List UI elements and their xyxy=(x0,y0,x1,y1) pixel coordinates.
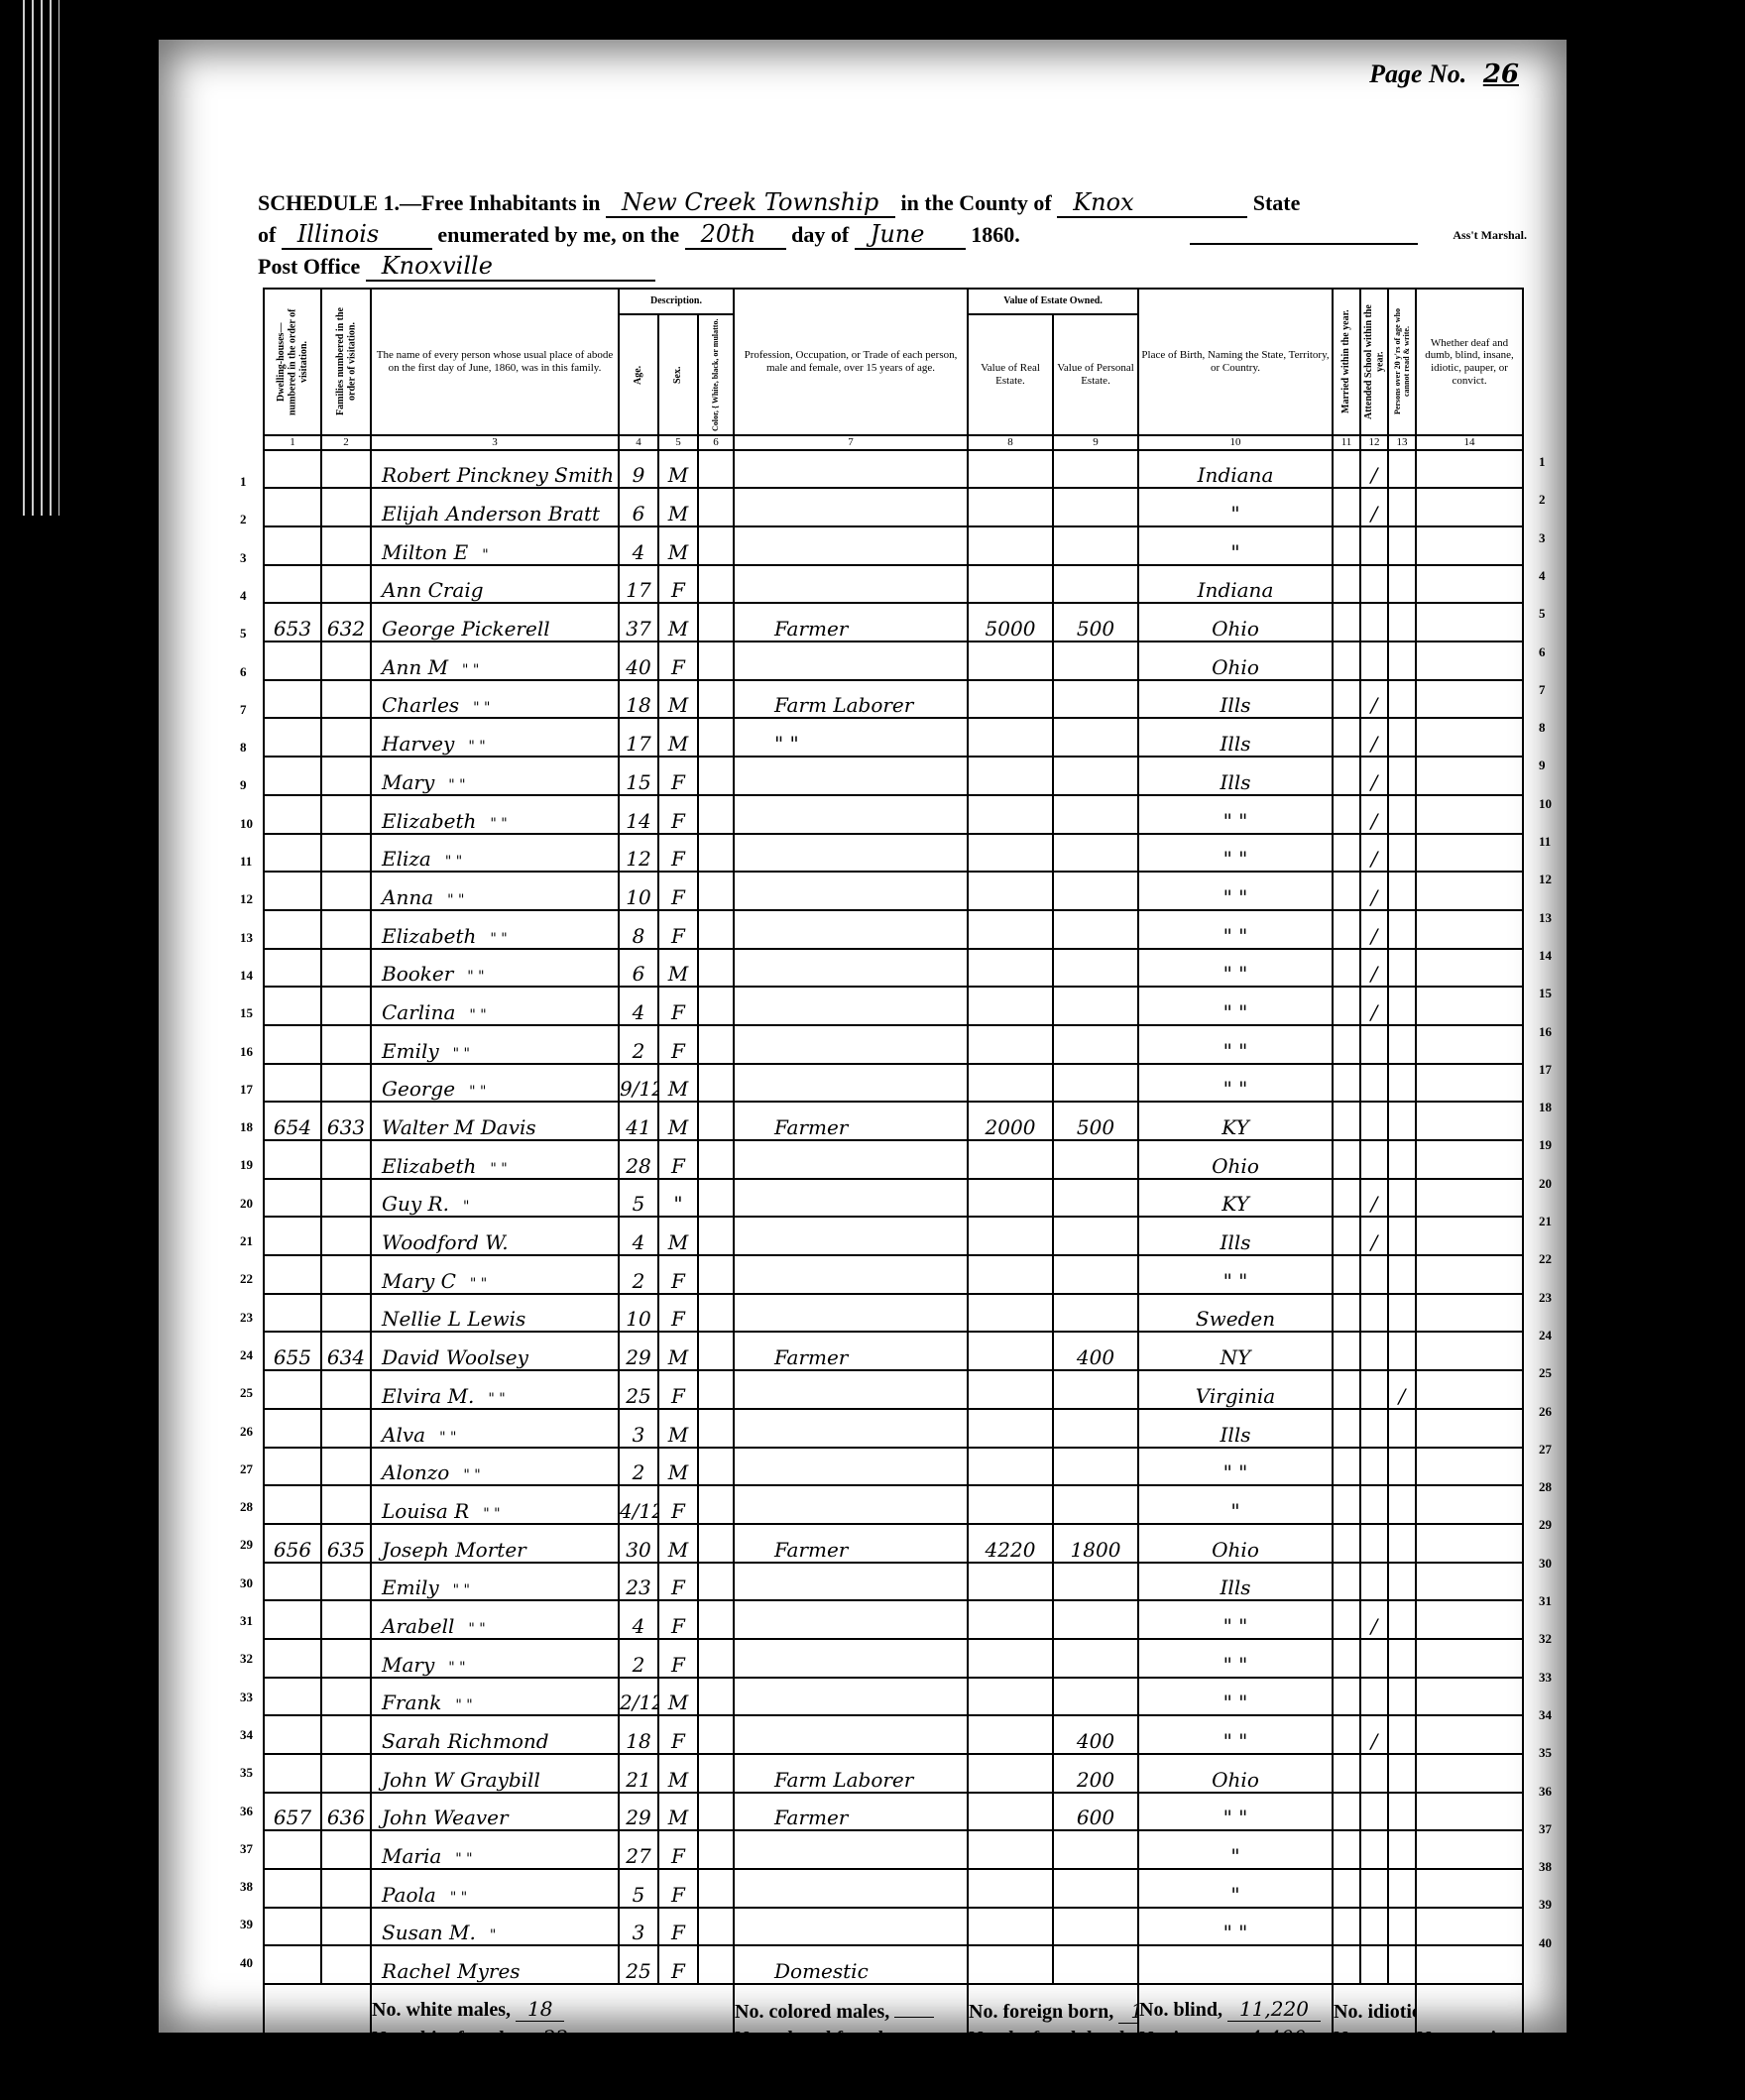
ditto-mark: " xyxy=(482,547,488,563)
dwelling-number xyxy=(264,1754,321,1793)
family-number xyxy=(321,1370,371,1409)
birthplace-cell: " xyxy=(1138,1485,1333,1524)
ditto-mark: " " xyxy=(455,1851,472,1867)
dwelling-number xyxy=(264,1715,321,1754)
occupation-cell xyxy=(734,949,968,988)
occupation-cell xyxy=(734,757,968,795)
age-cell: 4/12 xyxy=(619,1485,658,1524)
disability-cell xyxy=(1416,1563,1523,1601)
real-estate-cell xyxy=(968,910,1053,949)
line-number-right: 16 xyxy=(1539,1024,1552,1040)
birthplace-cell: " " xyxy=(1138,1715,1333,1754)
table-row: John W Graybill21MFarm Laborer200Ohio xyxy=(264,1754,1523,1793)
disability-cell xyxy=(1416,1102,1523,1140)
illiterate-cell xyxy=(1388,642,1416,680)
line-number-right: 33 xyxy=(1539,1670,1552,1686)
name-text: Maria xyxy=(382,1844,441,1868)
col-disability-header: Whether deaf and dumb, blind, insane, id… xyxy=(1416,289,1523,435)
person-name: Ann M" " xyxy=(371,642,619,680)
col-birthplace-header: Place of Birth, Naming the State, Territ… xyxy=(1138,289,1333,435)
age-cell: 14 xyxy=(619,795,658,834)
birthplace-cell: " xyxy=(1138,526,1333,565)
column-number: 3 xyxy=(371,435,619,450)
school-cell xyxy=(1360,526,1388,565)
col-married-header: Married within the year. xyxy=(1333,289,1360,435)
color-cell xyxy=(698,718,734,757)
school-cell xyxy=(1360,1830,1388,1869)
disability-cell xyxy=(1416,1600,1523,1639)
post-office-line: Post Office Knoxville xyxy=(258,252,655,282)
ditto-mark: " " xyxy=(445,854,462,870)
name-text: George Pickerell xyxy=(382,617,550,641)
col-color-text: Color, { White, black, or mulatto. xyxy=(711,315,720,434)
personal-estate-cell xyxy=(1053,1294,1138,1333)
birthplace-cell: " xyxy=(1138,1869,1333,1908)
table-row: Woodford W.4MIlls/ xyxy=(264,1217,1523,1255)
personal-estate-cell xyxy=(1053,987,1138,1025)
name-text: Anna xyxy=(382,885,433,909)
table-row: Alonzo" "2M" " xyxy=(264,1448,1523,1486)
occupation-cell xyxy=(734,1678,968,1716)
disability-cell xyxy=(1416,1409,1523,1448)
sex-cell: F xyxy=(658,1485,698,1524)
dwelling-number: 655 xyxy=(264,1332,321,1370)
colored-males-label: No. colored males, xyxy=(735,2001,889,2023)
school-cell: / xyxy=(1360,450,1388,489)
table-row: Arabell" "4F" "/ xyxy=(264,1600,1523,1639)
illiterate-cell xyxy=(1388,1945,1416,1984)
personal-estate-cell xyxy=(1053,1179,1138,1218)
disability-cell xyxy=(1416,680,1523,719)
line-number-right: 2 xyxy=(1539,492,1546,508)
age-cell: 37 xyxy=(619,603,658,642)
real-estate-cell xyxy=(968,1064,1053,1103)
white-males-line: No. white males, 18 xyxy=(372,1997,733,2022)
married-cell xyxy=(1333,1485,1360,1524)
married-cell xyxy=(1333,834,1360,873)
ditto-mark: " " xyxy=(448,1660,465,1676)
person-name: Nellie L Lewis xyxy=(371,1294,619,1333)
line-number-right: 13 xyxy=(1539,910,1552,926)
married-cell xyxy=(1333,795,1360,834)
birthplace-cell xyxy=(1138,1945,1333,1984)
dwelling-number xyxy=(264,642,321,680)
person-name: Elizabeth" " xyxy=(371,910,619,949)
occupation-cell xyxy=(734,1448,968,1486)
line-number-right: 40 xyxy=(1539,1935,1552,1951)
birthplace-cell: Ohio xyxy=(1138,1140,1333,1179)
person-name: Guy R." xyxy=(371,1179,619,1218)
color-cell xyxy=(698,1179,734,1218)
sex-cell: M xyxy=(658,1448,698,1486)
table-row: Guy R."5"KY/ xyxy=(264,1179,1523,1218)
disability-cell xyxy=(1416,526,1523,565)
person-name: Carlina" " xyxy=(371,987,619,1025)
dwelling-number: 657 xyxy=(264,1793,321,1831)
school-cell xyxy=(1360,1332,1388,1370)
occupation-cell: Domestic xyxy=(734,1945,968,1984)
birthplace-cell: " xyxy=(1138,488,1333,526)
person-name: Milton E" xyxy=(371,526,619,565)
sex-cell: F xyxy=(658,642,698,680)
table-row: Mary C" "2F" " xyxy=(264,1255,1523,1294)
disability-cell xyxy=(1416,488,1523,526)
table-row: Robert Pinckney Smith9MIndiana/ xyxy=(264,450,1523,489)
age-cell: 41 xyxy=(619,1102,658,1140)
married-cell xyxy=(1333,1715,1360,1754)
occupation-cell xyxy=(734,1370,968,1409)
summary-blank xyxy=(264,1984,371,2055)
table-row: Elijah Anderson Bratt6M"/ xyxy=(264,488,1523,526)
line-number-left: 9 xyxy=(240,777,247,793)
estate-group-header: Value of Estate Owned. xyxy=(968,289,1138,314)
disability-cell xyxy=(1416,1754,1523,1793)
birthplace-cell: " " xyxy=(1138,987,1333,1025)
married-cell xyxy=(1333,1600,1360,1639)
color-cell xyxy=(698,1140,734,1179)
ditto-mark: " " xyxy=(468,1621,485,1637)
married-cell xyxy=(1333,1639,1360,1678)
dwelling-number xyxy=(264,1217,321,1255)
line-number-left: 3 xyxy=(240,550,247,566)
name-text: John Weaver xyxy=(382,1806,509,1829)
color-cell xyxy=(698,795,734,834)
dwelling-number xyxy=(264,949,321,988)
color-cell xyxy=(698,1715,734,1754)
line-number-left: 7 xyxy=(240,702,247,718)
name-text: Rachel Myres xyxy=(382,1959,521,1983)
color-cell xyxy=(698,1448,734,1486)
disability-cell xyxy=(1416,1255,1523,1294)
post-office-field: Knoxville xyxy=(366,252,655,282)
person-name: Alonzo" " xyxy=(371,1448,619,1486)
name-text: Joseph Morter xyxy=(382,1538,526,1562)
age-cell: 9 xyxy=(619,450,658,489)
insane-label: No. insane, xyxy=(1139,2028,1232,2049)
name-text: Sarah Richmond xyxy=(382,1729,549,1753)
family-number xyxy=(321,1869,371,1908)
birthplace-cell: Indiana xyxy=(1138,450,1333,489)
ditto-mark: " xyxy=(490,1927,496,1943)
personal-estate-total: 4,400 xyxy=(1237,2026,1318,2050)
sex-cell: F xyxy=(658,795,698,834)
personal-estate-cell: 400 xyxy=(1053,1332,1138,1370)
illiterate-cell xyxy=(1388,1217,1416,1255)
sex-cell: F xyxy=(658,1600,698,1639)
enumeration-line: of Illinois enumerated by me, on the 20t… xyxy=(258,220,1020,250)
color-cell xyxy=(698,450,734,489)
color-cell xyxy=(698,603,734,642)
school-cell: / xyxy=(1360,1600,1388,1639)
sex-cell: F xyxy=(658,1255,698,1294)
illiterate-cell xyxy=(1388,987,1416,1025)
personal-estate-cell xyxy=(1053,834,1138,873)
school-cell xyxy=(1360,1140,1388,1179)
schedule-header: SCHEDULE 1.—Free Inhabitants in New Cree… xyxy=(258,188,1300,218)
dwelling-number xyxy=(264,488,321,526)
married-cell xyxy=(1333,718,1360,757)
color-cell xyxy=(698,1332,734,1370)
table-row: Charles" "18MFarm LaborerIlls/ xyxy=(264,680,1523,719)
line-number-right: 20 xyxy=(1539,1176,1552,1192)
person-name: Maria" " xyxy=(371,1830,619,1869)
ditto-mark: " " xyxy=(462,662,479,678)
table-row: Frank" "2/12M" " xyxy=(264,1678,1523,1716)
personal-estate-cell xyxy=(1053,1140,1138,1179)
foreign-born-value: 1 xyxy=(1118,1999,1138,2024)
sex-cell: M xyxy=(658,1332,698,1370)
age-cell: 3 xyxy=(619,1409,658,1448)
line-number-left: 1 xyxy=(240,474,247,490)
line-number-left: 16 xyxy=(240,1044,253,1060)
sex-cell: M xyxy=(658,488,698,526)
line-number-left: 33 xyxy=(240,1690,253,1705)
real-estate-cell xyxy=(968,1639,1053,1678)
line-number-left: 17 xyxy=(240,1082,253,1098)
person-name: Susan M." xyxy=(371,1908,619,1946)
day-of-label: day of xyxy=(791,222,849,247)
ditto-mark: " " xyxy=(467,969,484,985)
married-cell xyxy=(1333,757,1360,795)
age-cell: 18 xyxy=(619,1715,658,1754)
age-cell: 5 xyxy=(619,1869,658,1908)
real-estate-cell xyxy=(968,987,1053,1025)
ditto-mark: " " xyxy=(490,931,507,947)
line-number-left: 35 xyxy=(240,1765,253,1781)
age-cell: 3 xyxy=(619,1908,658,1946)
summary-values: No. blind, 11,220 No. insane, 4,400 xyxy=(1138,1984,1333,2055)
married-cell xyxy=(1333,603,1360,642)
col-illiterate-text: Persons over 20 y'rs of age who cannot r… xyxy=(1393,302,1411,421)
personal-estate-cell xyxy=(1053,1217,1138,1255)
dwelling-number xyxy=(264,1448,321,1486)
birthplace-cell: Ohio xyxy=(1138,1524,1333,1563)
birthplace-cell: " " xyxy=(1138,1678,1333,1716)
description-group-header: Description. xyxy=(619,289,734,314)
disability-cell xyxy=(1416,1715,1523,1754)
illiterate-cell xyxy=(1388,680,1416,719)
birthplace-cell: Ills xyxy=(1138,1409,1333,1448)
person-name: David Woolsey xyxy=(371,1332,619,1370)
sex-cell: F xyxy=(658,1908,698,1946)
line-number-right: 6 xyxy=(1539,644,1546,660)
family-number xyxy=(321,1830,371,1869)
occupation-cell xyxy=(734,1715,968,1754)
dwelling-number xyxy=(264,1064,321,1103)
real-estate-cell xyxy=(968,1754,1053,1793)
birthplace-cell: Sweden xyxy=(1138,1294,1333,1333)
real-estate-cell xyxy=(968,565,1053,604)
table-row: Rachel Myres25FDomestic xyxy=(264,1945,1523,1984)
page-number-value: 26 xyxy=(1483,59,1519,89)
col-family-text: Families numbered in the order of visita… xyxy=(335,302,358,421)
white-females-line: No. white females, 22 xyxy=(372,2026,733,2050)
illiterate-cell xyxy=(1388,1140,1416,1179)
age-cell: 21 xyxy=(619,1754,658,1793)
real-estate-cell xyxy=(968,488,1053,526)
col-sex-header: Sex. xyxy=(658,314,698,435)
birthplace-cell: " " xyxy=(1138,1064,1333,1103)
idiotic-label: No. idiotic, xyxy=(1334,2001,1416,2023)
township-field: New Creek Township xyxy=(606,188,895,218)
line-number-right: 35 xyxy=(1539,1745,1552,1761)
line-number-left: 28 xyxy=(240,1499,253,1515)
column-number: 4 xyxy=(619,435,658,450)
name-text: Woodford W. xyxy=(382,1230,509,1254)
line-number-left: 32 xyxy=(240,1651,253,1667)
table-row: George" "9/12M" " xyxy=(264,1064,1523,1103)
line-number-right: 39 xyxy=(1539,1897,1552,1913)
table-row: Harvey" "17M" "Ills/ xyxy=(264,718,1523,757)
foreign-born-label: No. foreign born, xyxy=(969,2001,1113,2023)
birthplace-cell: Ills xyxy=(1138,680,1333,719)
name-text: Mary xyxy=(382,770,434,794)
school-cell xyxy=(1360,1869,1388,1908)
column-number: 5 xyxy=(658,435,698,450)
real-estate-cell xyxy=(968,1332,1053,1370)
family-number xyxy=(321,1448,371,1486)
table-row: Carlina" "4F" "/ xyxy=(264,987,1523,1025)
colored-males-line: No. colored males, xyxy=(735,2001,967,2024)
name-text: Mary C xyxy=(382,1269,456,1293)
birthplace-cell: " " xyxy=(1138,1908,1333,1946)
illiterate-cell xyxy=(1388,949,1416,988)
table-row: Emily" "2F" " xyxy=(264,1025,1523,1064)
school-cell xyxy=(1360,1793,1388,1831)
family-number xyxy=(321,1409,371,1448)
table-row: Louisa R" "4/12F" xyxy=(264,1485,1523,1524)
age-cell: 5 xyxy=(619,1179,658,1218)
birthplace-cell: " " xyxy=(1138,834,1333,873)
person-name: Elizabeth" " xyxy=(371,795,619,834)
line-number-right: 14 xyxy=(1539,948,1552,964)
dwelling-number xyxy=(264,680,321,719)
school-cell xyxy=(1360,1064,1388,1103)
age-cell: 40 xyxy=(619,642,658,680)
line-number-right: 37 xyxy=(1539,1821,1552,1837)
illiterate-cell xyxy=(1388,1908,1416,1946)
personal-estate-cell xyxy=(1053,757,1138,795)
dwelling-number xyxy=(264,1025,321,1064)
personal-estate-cell xyxy=(1053,910,1138,949)
page-number: Page No. 26 xyxy=(1369,59,1519,89)
occupation-cell xyxy=(734,1869,968,1908)
person-name: Booker" " xyxy=(371,949,619,988)
real-estate-cell xyxy=(968,757,1053,795)
school-cell: / xyxy=(1360,1179,1388,1218)
column-number: 14 xyxy=(1416,435,1523,450)
person-name: Elizabeth" " xyxy=(371,1140,619,1179)
personal-estate-cell xyxy=(1053,1908,1138,1946)
ditto-mark: " " xyxy=(490,1161,507,1177)
line-number-left: 23 xyxy=(240,1310,253,1326)
age-cell: 10 xyxy=(619,872,658,910)
blind-label: No. blind, xyxy=(1139,1999,1222,2021)
real-estate-cell xyxy=(968,1945,1053,1984)
ditto-mark: " " xyxy=(448,777,465,793)
line-number-right: 24 xyxy=(1539,1328,1552,1343)
person-name: Elvira M." " xyxy=(371,1370,619,1409)
person-name: Woodford W. xyxy=(371,1217,619,1255)
person-name: John Weaver xyxy=(371,1793,619,1831)
school-cell: / xyxy=(1360,680,1388,719)
line-number-left: 5 xyxy=(240,626,247,642)
real-estate-cell xyxy=(968,795,1053,834)
name-text: Emily xyxy=(382,1039,439,1063)
table-row: Susan M."3F" " xyxy=(264,1908,1523,1946)
married-cell xyxy=(1333,1140,1360,1179)
table-row: Anna" "10F" "/ xyxy=(264,872,1523,910)
table-row: Elvira M." "25FVirginia/ xyxy=(264,1370,1523,1409)
dwelling-number xyxy=(264,1140,321,1179)
line-number-right: 36 xyxy=(1539,1784,1552,1800)
marshal-signature-line xyxy=(1190,243,1418,245)
enumerated-label: enumerated by me, on the xyxy=(437,222,679,247)
age-cell: 4 xyxy=(619,1217,658,1255)
column-number-row: 1234567891011121314 xyxy=(264,435,1523,450)
school-cell xyxy=(1360,1563,1388,1601)
name-text: Milton E xyxy=(382,540,468,564)
illiterate-cell xyxy=(1388,1715,1416,1754)
name-text: Ann Craig xyxy=(382,578,484,602)
name-text: Robert Pinckney Smith xyxy=(382,463,614,487)
real-estate-cell xyxy=(968,1217,1053,1255)
line-number-right: 11 xyxy=(1539,834,1551,850)
name-text: Nellie L Lewis xyxy=(382,1307,525,1331)
line-number-left: 31 xyxy=(240,1613,253,1629)
line-number-right: 27 xyxy=(1539,1442,1552,1458)
family-number xyxy=(321,642,371,680)
age-cell: 10 xyxy=(619,1294,658,1333)
name-text: Alva xyxy=(382,1423,425,1447)
personal-estate-cell xyxy=(1053,1409,1138,1448)
table-row: Emily" "23FIlls xyxy=(264,1563,1523,1601)
colored-females-label: No. colored females, xyxy=(735,2028,905,2049)
illiterate-cell xyxy=(1388,834,1416,873)
sex-cell: M xyxy=(658,949,698,988)
sex-cell: F xyxy=(658,987,698,1025)
married-cell xyxy=(1333,1064,1360,1103)
occupation-cell xyxy=(734,834,968,873)
ditto-mark: " " xyxy=(455,1697,472,1713)
birthplace-cell: Ills xyxy=(1138,718,1333,757)
person-name: Paola" " xyxy=(371,1869,619,1908)
name-text: Harvey xyxy=(382,732,454,756)
family-number xyxy=(321,1754,371,1793)
color-cell xyxy=(698,642,734,680)
person-name: Joseph Morter xyxy=(371,1524,619,1563)
age-cell: 25 xyxy=(619,1945,658,1984)
age-cell: 18 xyxy=(619,680,658,719)
occupation-cell: " " xyxy=(734,718,968,757)
header-row-1: Dwelling-houses—numbered in the order of… xyxy=(264,289,1523,314)
column-number: 12 xyxy=(1360,435,1388,450)
family-number xyxy=(321,450,371,489)
page-number-label: Page No. xyxy=(1369,59,1466,88)
line-number-left: 13 xyxy=(240,930,253,946)
disability-cell xyxy=(1416,450,1523,489)
sex-cell: F xyxy=(658,1869,698,1908)
disability-cell xyxy=(1416,987,1523,1025)
family-number xyxy=(321,1600,371,1639)
illiterate-cell xyxy=(1388,1869,1416,1908)
school-cell xyxy=(1360,1294,1388,1333)
real-estate-cell xyxy=(968,1715,1053,1754)
illiterate-cell xyxy=(1388,1332,1416,1370)
line-number-right: 9 xyxy=(1539,758,1546,773)
name-text: Carlina xyxy=(382,1000,455,1024)
disability-cell xyxy=(1416,834,1523,873)
